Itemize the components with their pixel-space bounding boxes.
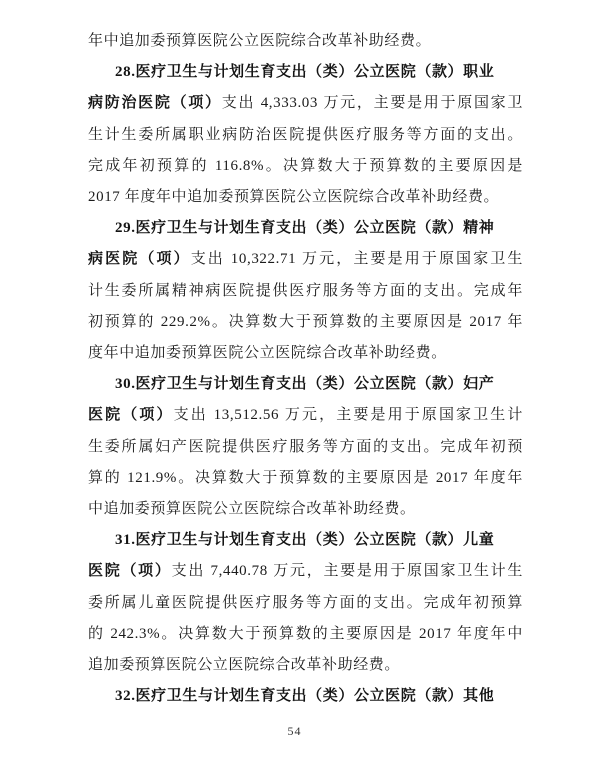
text-line-para27-end: 年中追加委预算医院公立医院综合改革补助经费。	[88, 26, 523, 57]
heading-bold-text: 30.医疗卫生与计划生育支出（类）公立医院（款）妇产	[115, 376, 494, 392]
heading-bold-text: 医院（项）	[88, 563, 172, 579]
text-line-para31: 医院（项）支出 7,440.78 万元，主要是用于原国家卫生计生	[88, 556, 523, 587]
body-text: 支出 7,440.78 万元，主要是用于原国家卫生计生	[172, 563, 523, 579]
text-line-para28: 完成年初预算的 116.8%。决算数大于预算数的主要原因是	[88, 151, 523, 182]
text-line-para28: 生计生委所属职业病防治医院提供医疗服务等方面的支出。	[88, 120, 523, 151]
text-line-para31: 委所属儿童医院提供医疗服务等方面的支出。完成年初预算	[88, 588, 523, 619]
document-page: 年中追加委预算医院公立医院综合改革补助经费。 28.医疗卫生与计划生育支出（类）…	[0, 0, 589, 760]
body-text: 的 242.3%。决算数大于预算数的主要原因是 2017 年度年中	[88, 626, 523, 642]
body-text: 支出 4,333.03 万元，主要是用于原国家卫	[222, 95, 523, 111]
body-text: 生计生委所属职业病防治医院提供医疗服务等方面的支出。	[88, 127, 523, 143]
body-text: 2017 年度年中追加委预算医院公立医院综合改革补助经费。	[88, 189, 499, 205]
body-text: 计生委所属精神病医院提供医疗服务等方面的支出。完成年	[88, 283, 523, 299]
body-text: 生委所属妇产医院提供医疗服务等方面的支出。完成年初预	[88, 439, 523, 455]
body-text: 支出 13,512.56 万元，主要是用于原国家卫生计	[174, 407, 523, 423]
body-text: 支出 10,322.71 万元，主要是用于原国家卫生	[191, 251, 523, 267]
body-text: 年中追加委预算医院公立医院综合改革补助经费。	[88, 33, 431, 49]
body-text: 初预算的 229.2%。决算数大于预算数的主要原因是 2017 年	[88, 314, 523, 330]
body-text: 中追加委预算医院公立医院综合改革补助经费。	[88, 501, 416, 517]
text-line-para28-end: 2017 年度年中追加委预算医院公立医院综合改革补助经费。	[88, 182, 523, 213]
text-line-para28: 病防治医院（项）支出 4,333.03 万元，主要是用于原国家卫	[88, 88, 523, 119]
text-line-para28-heading: 28.医疗卫生与计划生育支出（类）公立医院（款）职业	[88, 57, 523, 88]
heading-bold-text: 31.医疗卫生与计划生育支出（类）公立医院（款）儿童	[115, 532, 494, 548]
body-text: 算的 121.9%。决算数大于预算数的主要原因是 2017 年度年	[88, 470, 523, 486]
text-line-para31-end: 追加委预算医院公立医院综合改革补助经费。	[88, 650, 523, 681]
text-line-para29: 计生委所属精神病医院提供医疗服务等方面的支出。完成年	[88, 276, 523, 307]
heading-bold-text: 28.医疗卫生与计划生育支出（类）公立医院（款）职业	[115, 64, 494, 80]
heading-bold-text: 病医院（项）	[88, 251, 191, 267]
document-text-block: 年中追加委预算医院公立医院综合改革补助经费。 28.医疗卫生与计划生育支出（类）…	[88, 26, 523, 716]
heading-bold-text: 29.医疗卫生与计划生育支出（类）公立医院（款）精神	[115, 220, 494, 236]
body-text: 完成年初预算的 116.8%。决算数大于预算数的主要原因是	[88, 158, 523, 174]
text-line-para29-end: 度年中追加委预算医院公立医院综合改革补助经费。	[88, 338, 523, 369]
page-number: 54	[0, 724, 589, 739]
body-text: 委所属儿童医院提供医疗服务等方面的支出。完成年初预算	[88, 595, 523, 611]
body-text: 度年中追加委预算医院公立医院综合改革补助经费。	[88, 345, 447, 361]
heading-bold-text: 32.医疗卫生与计划生育支出（类）公立医院（款）其他	[115, 688, 494, 704]
text-line-para31: 的 242.3%。决算数大于预算数的主要原因是 2017 年度年中	[88, 619, 523, 650]
heading-bold-text: 病防治医院（项）	[88, 95, 222, 111]
text-line-para30: 医院（项）支出 13,512.56 万元，主要是用于原国家卫生计	[88, 400, 523, 431]
text-line-para30-end: 中追加委预算医院公立医院综合改革补助经费。	[88, 494, 523, 525]
heading-bold-text: 医院（项）	[88, 407, 174, 423]
text-line-para30: 生委所属妇产医院提供医疗服务等方面的支出。完成年初预	[88, 432, 523, 463]
text-line-para29-heading: 29.医疗卫生与计划生育支出（类）公立医院（款）精神	[88, 213, 523, 244]
text-line-para29: 初预算的 229.2%。决算数大于预算数的主要原因是 2017 年	[88, 307, 523, 338]
text-line-para29: 病医院（项）支出 10,322.71 万元，主要是用于原国家卫生	[88, 244, 523, 275]
body-text: 追加委预算医院公立医院综合改革补助经费。	[88, 657, 400, 673]
text-line-para31-heading: 31.医疗卫生与计划生育支出（类）公立医院（款）儿童	[88, 525, 523, 556]
text-line-para30-heading: 30.医疗卫生与计划生育支出（类）公立医院（款）妇产	[88, 369, 523, 400]
text-line-para30: 算的 121.9%。决算数大于预算数的主要原因是 2017 年度年	[88, 463, 523, 494]
text-line-para32-heading: 32.医疗卫生与计划生育支出（类）公立医院（款）其他	[88, 681, 523, 712]
